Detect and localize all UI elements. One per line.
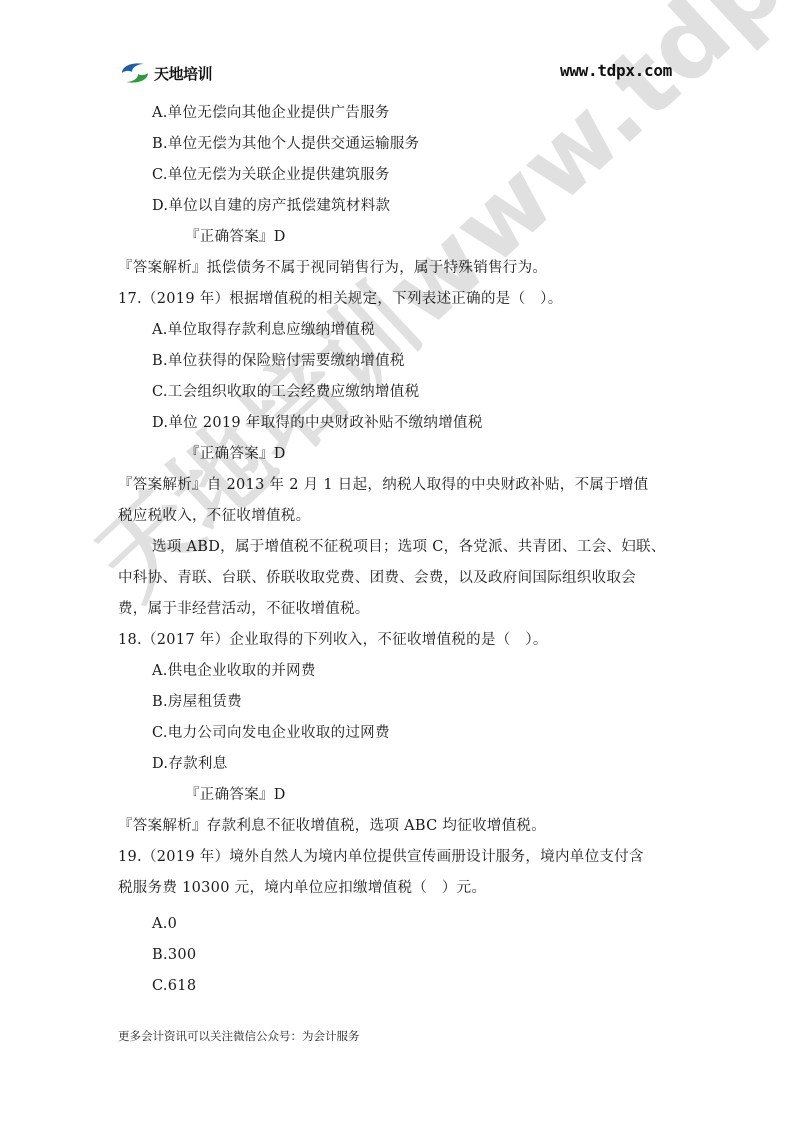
q17-option-b: B.单位获得的保险赔付需要缴纳增值税: [152, 351, 405, 371]
q18-option-b: B.房屋租赁费: [152, 692, 242, 712]
q17-extra-line-2: 中科协、青联、台联、侨联收取党费、团费、会费，以及政府间国际组织收取会: [118, 568, 636, 588]
q18-option-c: C.电力公司向发电企业收取的过网费: [152, 723, 390, 743]
q17-analysis-line-1: 『答案解析』自 2013 年 2 月 1 日起，纳税人取得的中央财政补贴，不属于…: [118, 475, 649, 495]
q19-stem-line-1: 19.（2019 年）境外自然人为境内单位提供宣传画册设计服务，境内单位支付含: [118, 847, 644, 867]
q17-stem: 17.（2019 年）根据增值税的相关规定，下列表述正确的是（ ）。: [118, 289, 563, 309]
logo-text: 天地培训: [154, 63, 212, 84]
q18-analysis: 『答案解析』存款利息不征收增值税，选项 ABC 均征收增值税。: [118, 816, 546, 836]
q16-option-a: A.单位无偿向其他企业提供广告服务: [152, 103, 390, 123]
logo-swirl-icon: [120, 61, 150, 85]
q17-extra-line-3: 费，属于非经营活动，不征收增值税。: [118, 599, 370, 619]
q17-option-c: C.工会组织收取的工会经费应缴纳增值税: [152, 382, 419, 402]
brand-logo: 天地培训: [120, 60, 212, 86]
q19-option-b: B.300: [152, 945, 196, 965]
q17-extra-line-1: 选项 ABD，属于增值税不征税项目；选项 C，各党派、共青团、工会、妇联、: [152, 537, 666, 557]
q19-option-c: C.618: [152, 976, 196, 996]
q16-option-d: D.单位以自建的房产抵偿建筑材料款: [152, 196, 390, 216]
q17-analysis-line-2: 税应税收入，不征收增值税。: [118, 506, 310, 526]
q16-correct-answer: 『正确答案』D: [185, 227, 286, 247]
page-header: 天地培训 www.tdpx.com: [0, 0, 793, 95]
q18-option-d: D.存款利息: [152, 754, 228, 774]
page-footer: 更多会计资讯可以关注微信公众号：为会计服务: [118, 1028, 360, 1044]
q17-option-d: D.单位 2019 年取得的中央财政补贴不缴纳增值税: [152, 413, 483, 433]
q19-stem-line-2: 税服务费 10300 元，境内单位应扣缴增值税（ ）元。: [118, 878, 486, 898]
site-url: www.tdpx.com: [560, 61, 672, 80]
q18-stem: 18.（2017 年）企业取得的下列收入，不征收增值税的是（ ）。: [118, 630, 548, 650]
q17-correct-answer: 『正确答案』D: [185, 444, 286, 464]
q18-option-a: A.供电企业收取的并网费: [152, 661, 316, 681]
q16-analysis: 『答案解析』抵偿债务不属于视同销售行为，属于特殊销售行为。: [118, 258, 547, 278]
q19-option-a: A.0: [152, 914, 177, 934]
q18-correct-answer: 『正确答案』D: [185, 785, 286, 805]
q16-option-c: C.单位无偿为关联企业提供建筑服务: [152, 165, 390, 185]
q17-option-a: A.单位取得存款利息应缴纳增值税: [152, 320, 375, 340]
q16-option-b: B.单位无偿为其他个人提供交通运输服务: [152, 134, 419, 154]
